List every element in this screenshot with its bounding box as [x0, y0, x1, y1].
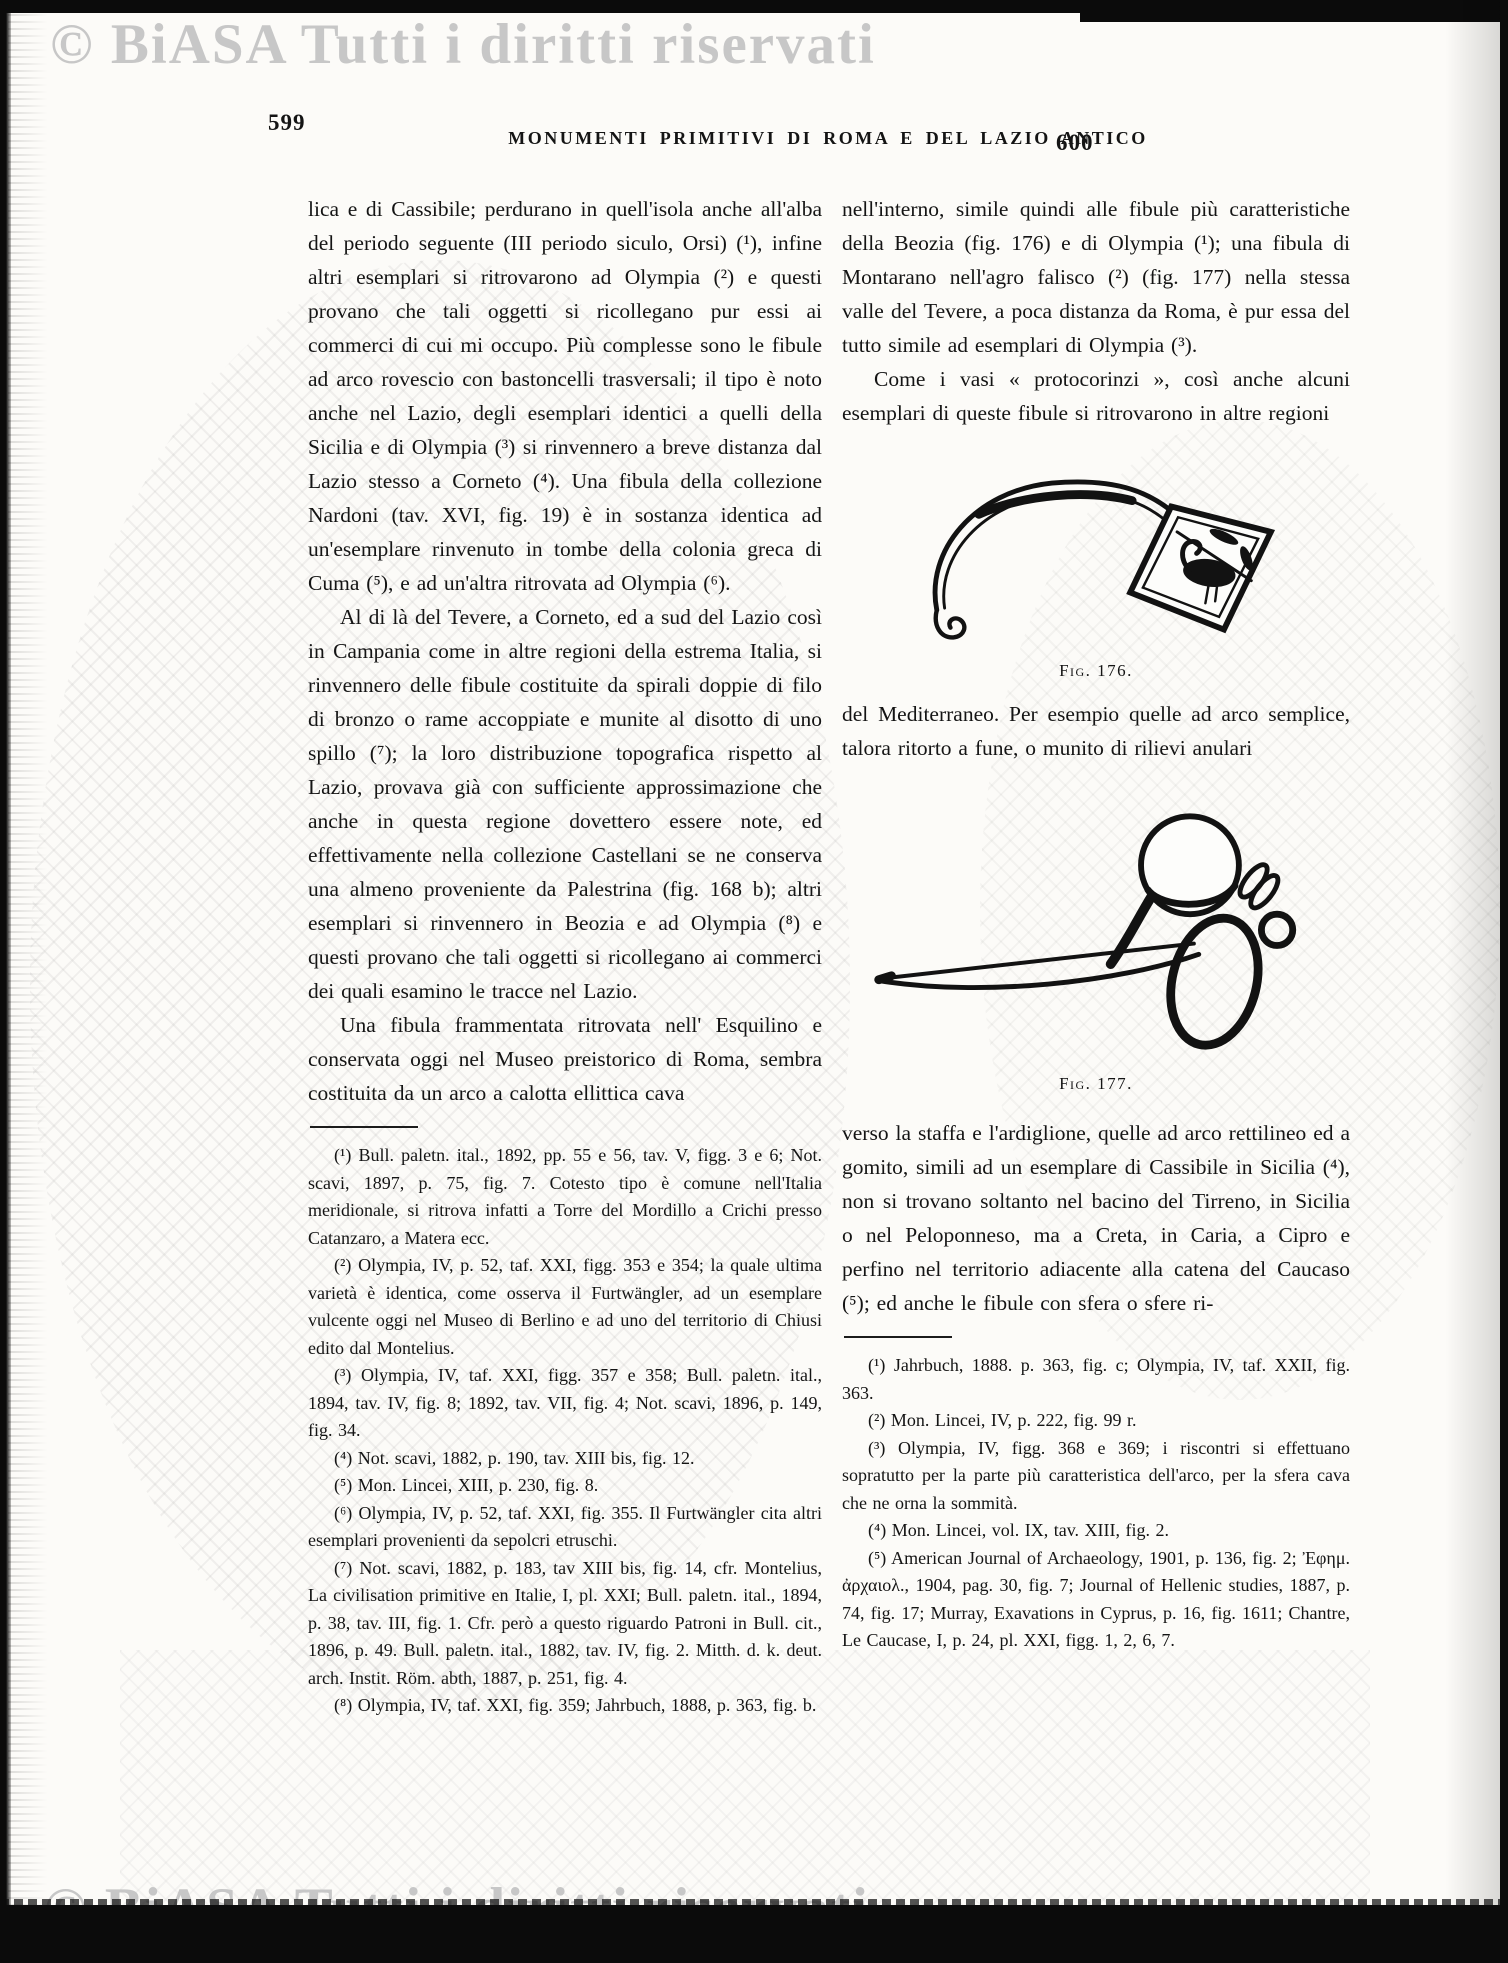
- scan-edge-top-right: [1080, 0, 1508, 22]
- footnote: (⁸) Olympia, IV, taf. XXI, fig. 359; Jah…: [308, 1692, 822, 1720]
- fig-176-caption: Fig. 176.: [842, 661, 1350, 681]
- running-title: MONUMENTI PRIMITIVI DI ROMA E DEL LAZIO …: [308, 128, 1348, 149]
- scan-edge-right-shadow: [1445, 0, 1500, 1963]
- footnote: (⁷) Not. scavi, 1882, p. 183, tav XIII b…: [308, 1555, 822, 1693]
- left-column: lica e di Cassibile; perdurano in quell'…: [308, 192, 822, 1720]
- fig-176-illustration: [886, 444, 1306, 654]
- paragraph: Una fibula frammentata ritrovata nell' E…: [308, 1008, 822, 1110]
- page-number-right: 600: [1056, 130, 1094, 156]
- paragraph: lica e di Cassibile; perdurano in quell'…: [308, 192, 822, 600]
- footnote: (⁶) Olympia, IV, p. 52, taf. XXI, fig. 3…: [308, 1500, 822, 1555]
- paragraph: Al di là del Tevere, a Corneto, ed a sud…: [308, 600, 822, 1008]
- figure-176: Fig. 176.: [842, 444, 1350, 681]
- scan-edge-right: [1500, 0, 1508, 1963]
- scanned-page: © BiASA Tutti i diritti riservati © BiAS…: [0, 0, 1508, 1963]
- footnote: (⁴) Mon. Lincei, vol. IX, tav. XIII, fig…: [842, 1517, 1350, 1545]
- paragraph: Come i vasi « protocorinzi », così anche…: [842, 362, 1350, 430]
- footnote: (³) Olympia, IV, taf. XXI, figg. 357 e 3…: [308, 1362, 822, 1445]
- paragraph: nell'interno, simile quindi alle fibule …: [842, 192, 1350, 362]
- footnote-separator: [844, 1336, 952, 1338]
- footnote: (²) Olympia, IV, p. 52, taf. XXI, figg. …: [308, 1252, 822, 1362]
- footnote: (²) Mon. Lincei, IV, p. 222, fig. 99 r.: [842, 1407, 1350, 1435]
- right-column: nell'interno, simile quindi alle fibule …: [842, 192, 1350, 1655]
- footnote: (⁵) Mon. Lincei, XIII, p. 230, fig. 8.: [308, 1472, 822, 1500]
- footnote: (¹) Bull. paletn. ital., 1892, pp. 55 e …: [308, 1142, 822, 1252]
- footnote-separator: [310, 1126, 418, 1128]
- page-number-left: 599: [268, 110, 306, 136]
- figure-177: Fig. 177.: [842, 775, 1350, 1094]
- scan-edge-bottom: [0, 1905, 1508, 1963]
- footnote: (⁴) Not. scavi, 1882, p. 190, tav. XIII …: [308, 1445, 822, 1473]
- footnote: (¹) Jahrbuch, 1888. p. 363, fig. c; Olym…: [842, 1352, 1350, 1407]
- fig-177-caption: Fig. 177.: [842, 1074, 1350, 1094]
- fig-177-illustration: [866, 775, 1326, 1069]
- footnote: (⁵) American Journal of Archaeology, 190…: [842, 1545, 1350, 1655]
- paragraph: del Mediterraneo. Per esempio quelle ad …: [842, 697, 1350, 765]
- scan-edge-left: [0, 0, 11, 1963]
- paragraph: verso la staffa e l'ardiglione, quelle a…: [842, 1116, 1350, 1320]
- footnote: (³) Olympia, IV, figg. 368 e 369; i risc…: [842, 1435, 1350, 1518]
- scan-edge-left-noise: [8, 0, 48, 1963]
- watermark-top: © BiASA Tutti i diritti riservati: [50, 12, 876, 77]
